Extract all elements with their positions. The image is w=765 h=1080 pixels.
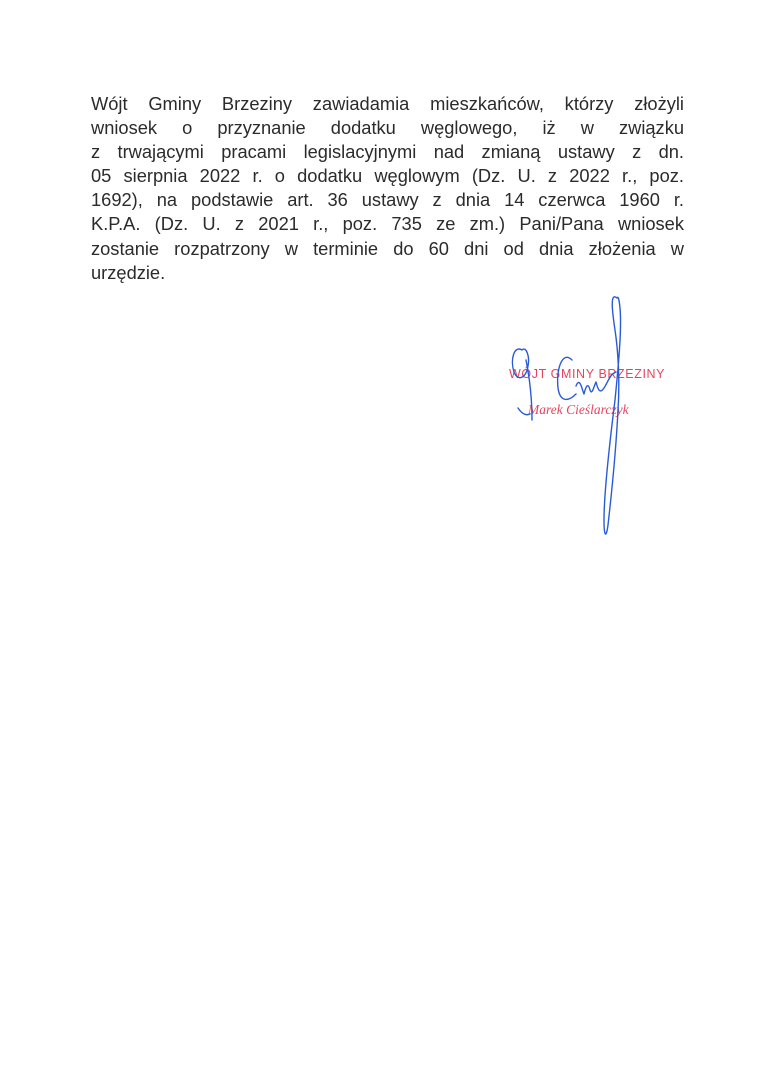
notice-line: Wójt Gminy Brzeziny zawiadamia mieszkańc… — [91, 92, 684, 116]
notice-line: zostanie rozpatrzony w terminie do 60 dn… — [91, 237, 684, 261]
official-stamp: WÓJT GMINY BRZEZINY Marek Cieślarczyk — [500, 290, 700, 550]
notice-line: z trwającymi pracami legislacyjnymi nad … — [91, 140, 684, 164]
notice-line: K.P.A. (Dz. U. z 2021 r., poz. 735 ze zm… — [91, 212, 684, 236]
handwritten-signature — [500, 290, 700, 550]
notice-line: wniosek o przyznanie dodatku węglowego, … — [91, 116, 684, 140]
document-page: Wójt Gminy Brzeziny zawiadamia mieszkańc… — [0, 0, 765, 1080]
notice-line: urzędzie. — [91, 261, 684, 285]
notice-paragraph: Wójt Gminy Brzeziny zawiadamia mieszkańc… — [91, 92, 684, 285]
notice-line: 05 sierpnia 2022 r. o dodatku węglowym (… — [91, 164, 684, 188]
notice-line: 1692), na podstawie art. 36 ustawy z dni… — [91, 188, 684, 212]
